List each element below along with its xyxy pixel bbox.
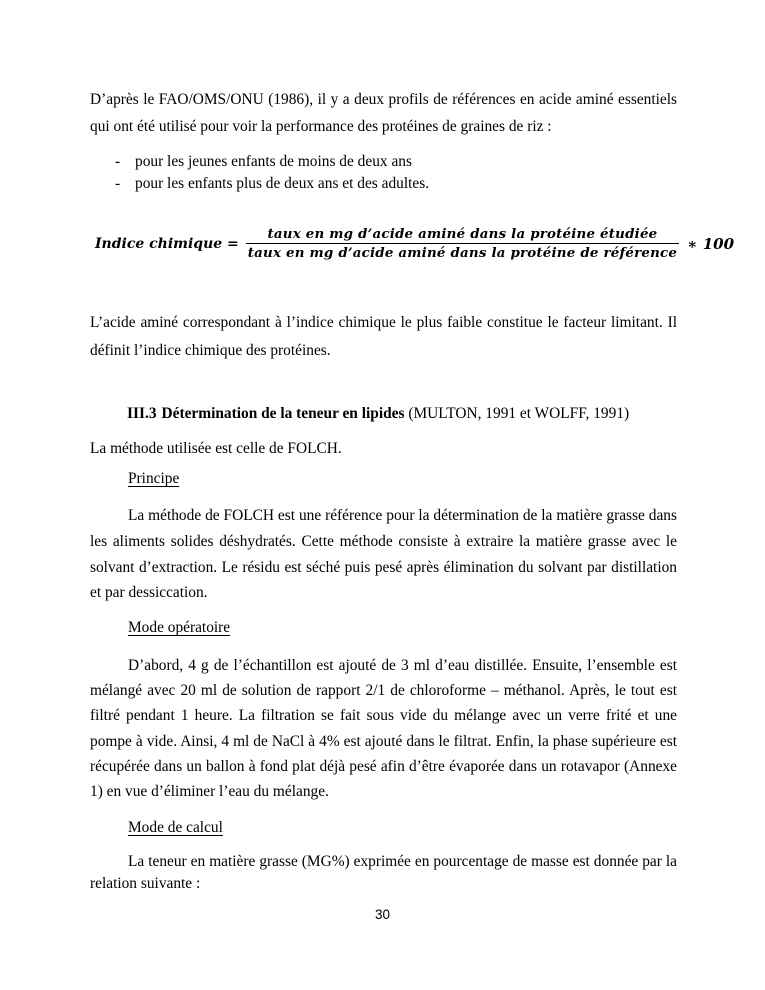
document-page: D’après le FAO/OMS/ONU (1986), il y a de… (0, 0, 765, 990)
principe-paragraph: La méthode de FOLCH est une référence po… (90, 503, 677, 606)
list-item: - pour les jeunes enfants de moins de de… (115, 151, 655, 173)
list-item: - pour les enfants plus de deux ans et d… (115, 173, 655, 195)
mode-calcul-heading: Mode de calcul (128, 819, 223, 837)
bullet-text: pour les jeunes enfants de moins de deux… (135, 151, 412, 173)
fraction-numerator: taux en mg d’acide aminé dans la protéin… (263, 226, 663, 243)
bullet-list: - pour les jeunes enfants de moins de de… (115, 151, 655, 195)
section-reference: (MULTON, 1991 et WOLFF, 1991) (408, 405, 629, 422)
method-line: La méthode utilisée est celle de FOLCH. (90, 440, 677, 458)
page-number: 30 (0, 907, 765, 922)
section-number: III.3 (127, 405, 157, 422)
dash-bullet: - (115, 173, 135, 195)
intro-paragraph: D’après le FAO/OMS/ONU (1986), il y a de… (90, 86, 677, 140)
mode-calcul-paragraph: La teneur en matière grasse (MG%) exprim… (90, 851, 677, 894)
formula-lhs: Indice chimique = (95, 236, 239, 252)
formula-multiplier: ∗ 100 (687, 235, 734, 253)
section-heading: III.3Détermination de la teneur en lipid… (127, 405, 677, 423)
section-title: Détermination de la teneur en lipides (162, 405, 405, 422)
limiting-factor-paragraph: L’acide aminé correspondant à l’indice c… (90, 309, 677, 364)
principe-heading: Principe (128, 470, 179, 488)
mode-operatoire-heading: Mode opératoire (128, 619, 230, 637)
bullet-text: pour les enfants plus de deux ans et des… (135, 173, 429, 195)
dash-bullet: - (115, 151, 135, 173)
fraction-denominator: taux en mg d’acide aminé dans la protéin… (246, 244, 679, 261)
fraction: taux en mg d’acide aminé dans la protéin… (246, 226, 679, 261)
mode-operatoire-paragraph: D’abord, 4 g de l’échantillon est ajouté… (90, 653, 677, 804)
chemical-index-formula: Indice chimique = taux en mg d’acide ami… (95, 226, 734, 261)
